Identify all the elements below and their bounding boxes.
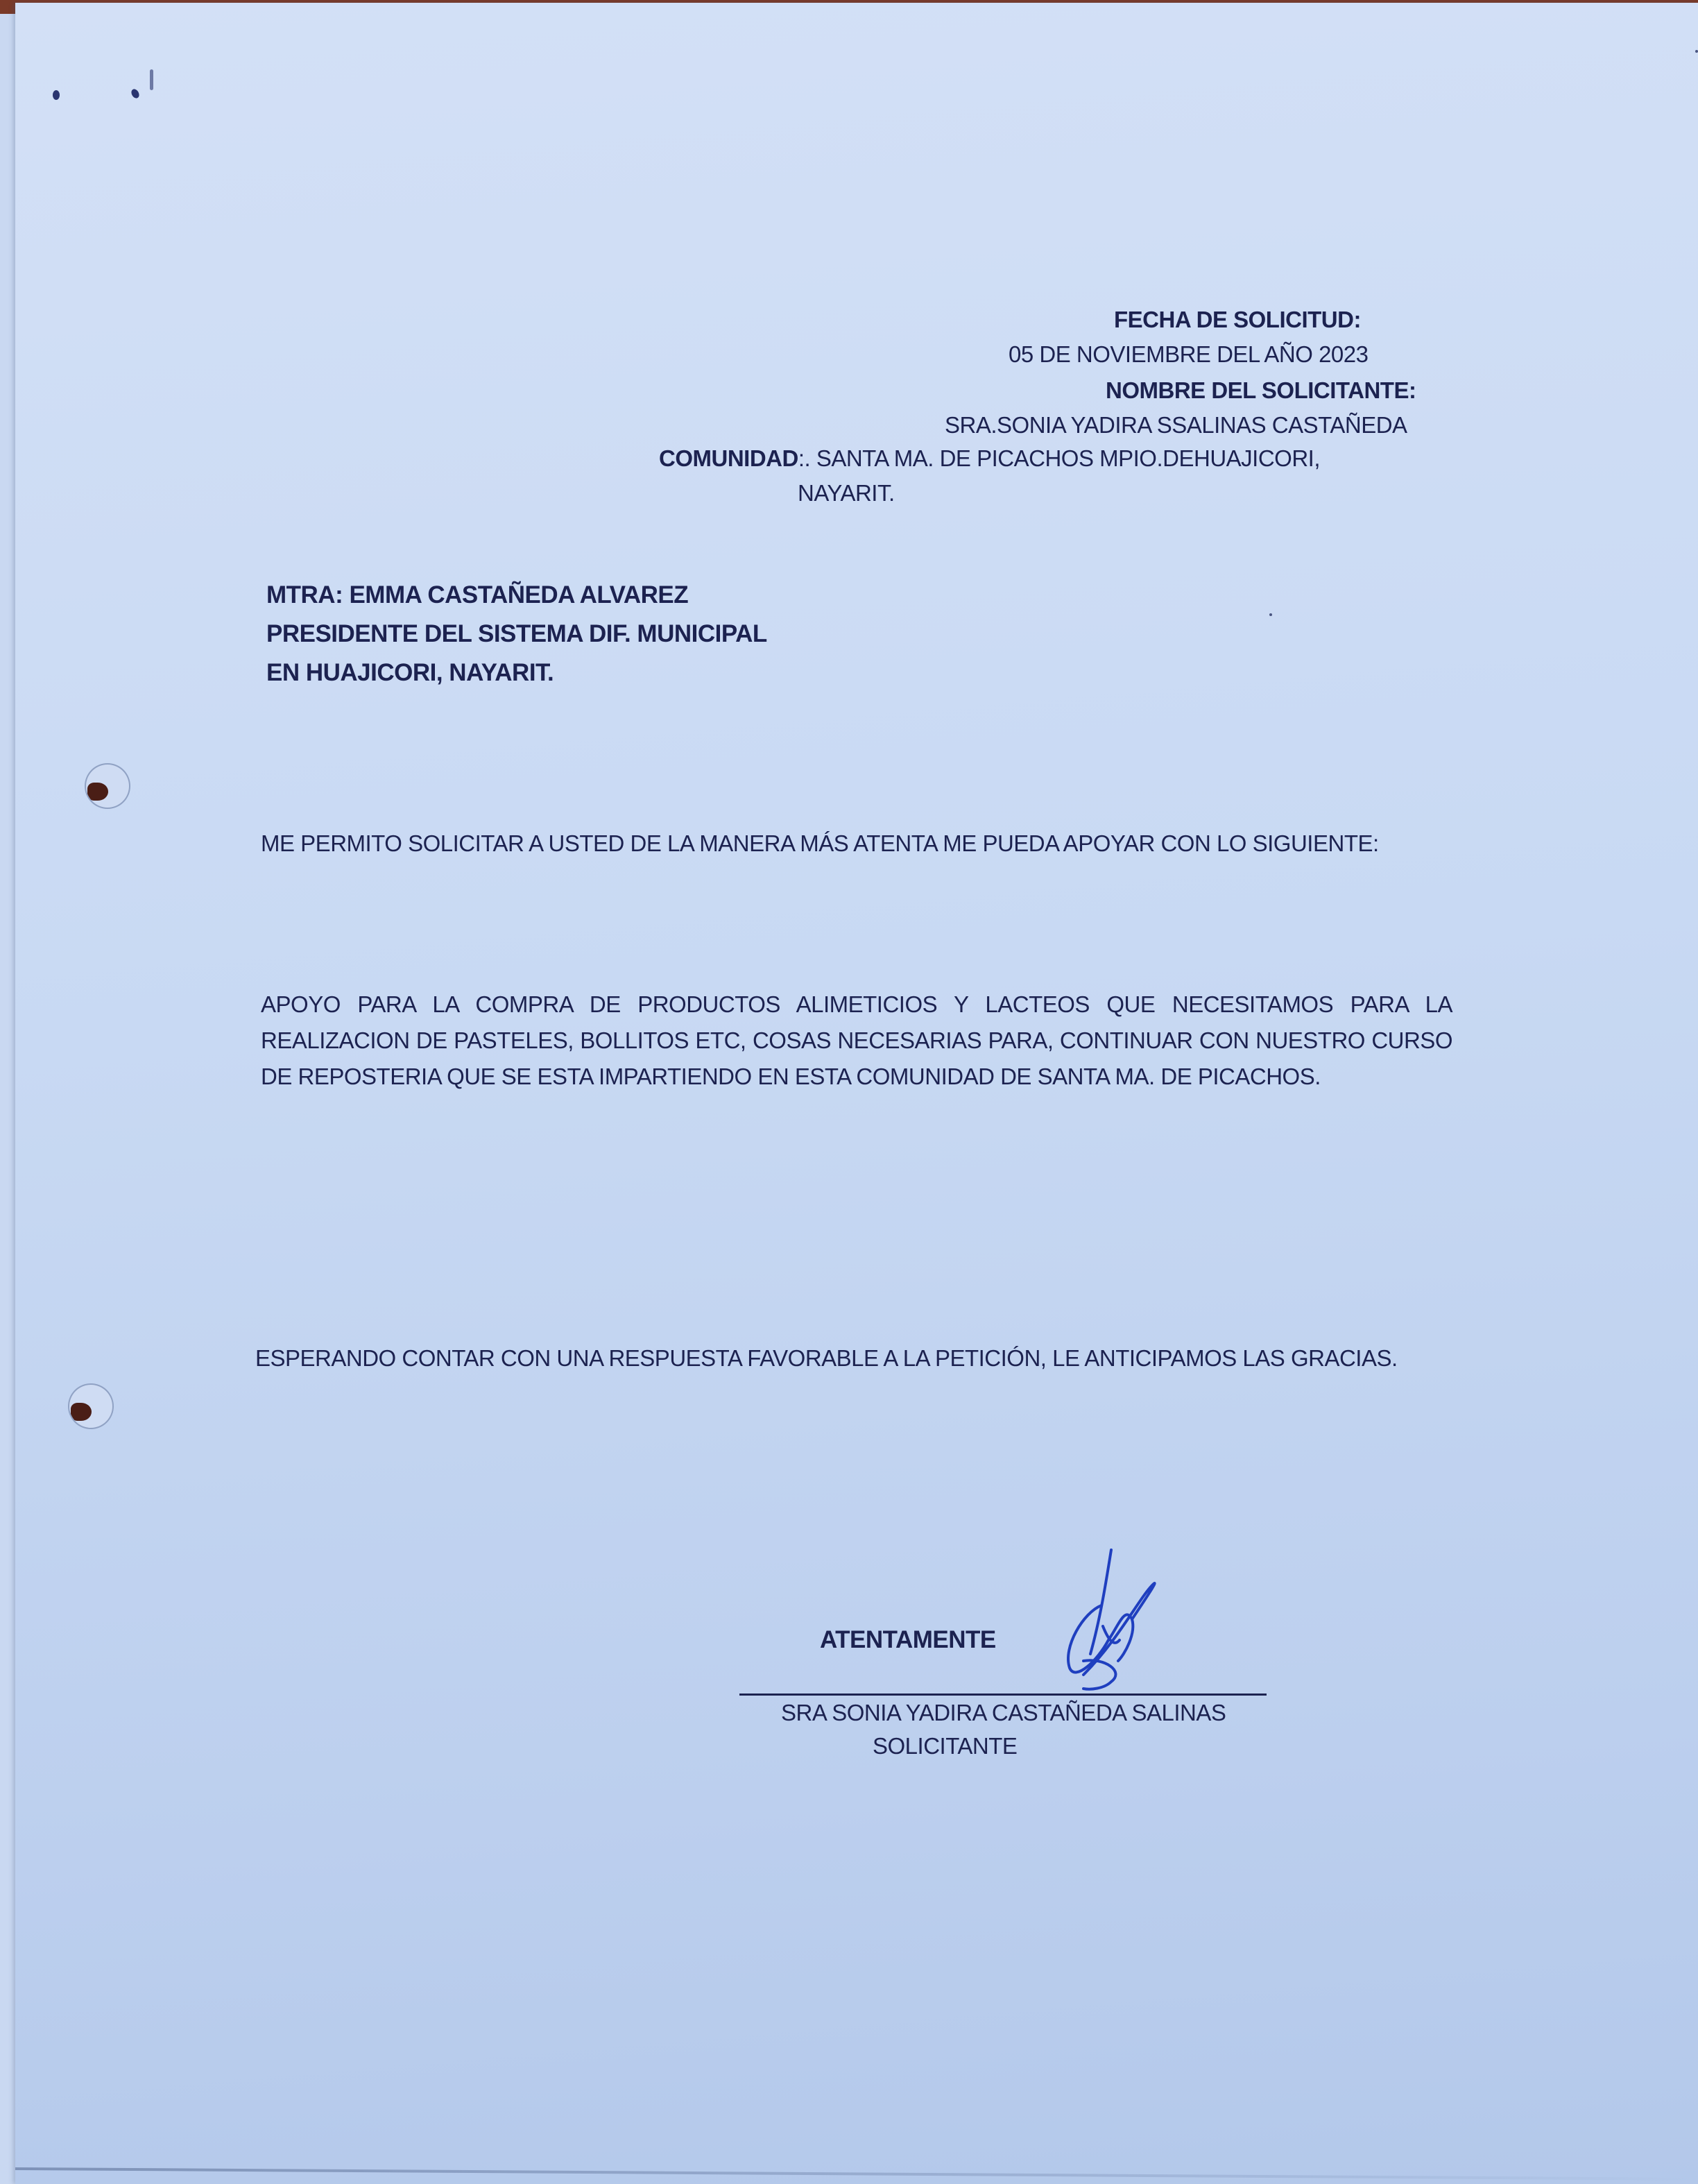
signature-line [739,1694,1267,1696]
punch-hole [68,1383,114,1429]
salutation: ATENTAMENTE [820,1626,996,1654]
nombre-value: SRA.SONIA YADIRA SSALINAS CASTAÑEDA [945,412,1407,438]
punch-hole [85,763,130,809]
paper-speck [1695,50,1698,53]
comunidad-label: COMUNIDAD [659,445,798,471]
signer-name: SRA SONIA YADIRA CASTAÑEDA SALINAS [781,1700,1226,1726]
nombre-label: NOMBRE DEL SOLICITANTE: [1106,377,1416,404]
comunidad-value-line2: NAYARIT. [798,480,895,506]
recipient-title: PRESIDENTE DEL SISTEMA DIF. MUNICIPAL [266,620,767,648]
comunidad-line: COMUNIDAD:. SANTA MA. DE PICACHOS MPIO.D… [659,445,1320,472]
comunidad-value: :. SANTA MA. DE PICACHOS MPIO.DEHUAJICOR… [798,445,1320,471]
staple-mark [53,90,60,100]
closing-paragraph: ESPERANDO CONTAR CON UNA RESPUESTA FAVOR… [255,1340,1452,1376]
paper-speck [1269,613,1272,616]
fecha-value: 05 DE NOVIEMBRE DEL AÑO 2023 [1009,341,1369,368]
signer-role: SOLICITANTE [873,1733,1017,1759]
signature-icon [1042,1543,1167,1696]
page-fold-edge [15,2167,1698,2181]
recipient-name: MTRA: EMMA CASTAÑEDA ALVAREZ [266,581,688,609]
fecha-label: FECHA DE SOLICITUD: [1114,307,1361,333]
letter-page: FECHA DE SOLICITUD: 05 DE NOVIEMBRE DEL … [15,3,1698,2184]
request-paragraph: APOYO PARA LA COMPRA DE PRODUCTOS ALIMET… [261,987,1452,1095]
intro-paragraph: ME PERMITO SOLICITAR A USTED DE LA MANER… [261,826,1452,862]
staple-mark [150,69,153,90]
staple-mark [130,87,141,99]
recipient-location: EN HUAJICORI, NAYARIT. [266,659,554,687]
